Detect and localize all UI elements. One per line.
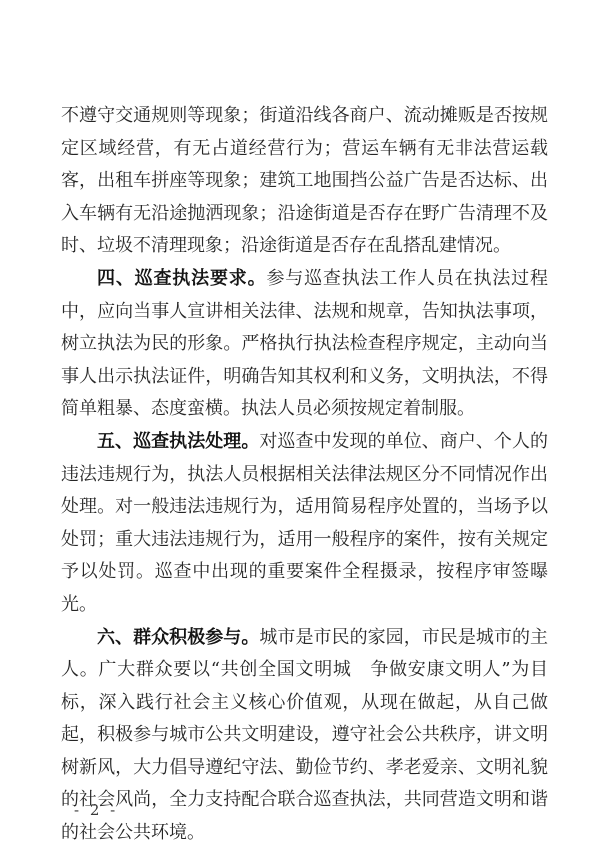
paragraph-section-5: 五、巡查执法处理。对巡查中发现的单位、商户、个人的违法违规行为，执法人员根据相关… <box>61 426 548 622</box>
paragraph-continuation: 不遵守交通规则等现象；街道沿线各商户、流动摊贩是否按规定区域经营，有无占道经营行… <box>61 100 548 263</box>
document-body: 不遵守交通规则等现象；街道沿线各商户、流动摊贩是否按规定区域经营，有无占道经营行… <box>61 100 548 850</box>
paragraph-text: 不遵守交通规则等现象；街道沿线各商户、流动摊贩是否按规定区域经营，有无占道经营行… <box>61 105 548 256</box>
paragraph-text: 对巡查中发现的单位、商户、个人的违法违规行为，执法人员根据相关法律法规区分不同情… <box>61 431 548 615</box>
paragraph-heading: 六、群众积极参与。 <box>97 627 259 648</box>
paragraph-section-4: 四、巡查执法要求。参与巡查执法工作人员在执法过程中，应向当事人宣讲相关法律、法规… <box>61 263 548 426</box>
paragraph-heading: 四、巡查执法要求。 <box>97 268 266 289</box>
paragraph-text: 城市是市民的家园，市民是城市的主人。广大群众要以“共创全国文明城 争做安康文明人… <box>61 627 548 844</box>
scanned-document-page: 不遵守交通规则等现象；街道沿线各商户、流动摊贩是否按规定区域经营，有无占道经营行… <box>0 0 600 863</box>
paragraph-heading: 五、巡查执法处理。 <box>97 431 259 452</box>
paragraph-text: 参与巡查执法工作人员在执法过程中，应向当事人宣讲相关法律、法规和规章，告知执法事… <box>61 268 548 419</box>
page-number: - 2 - <box>74 801 118 819</box>
paragraph-section-6: 六、群众积极参与。城市是市民的家园，市民是城市的主人。广大群众要以“共创全国文明… <box>61 622 548 850</box>
